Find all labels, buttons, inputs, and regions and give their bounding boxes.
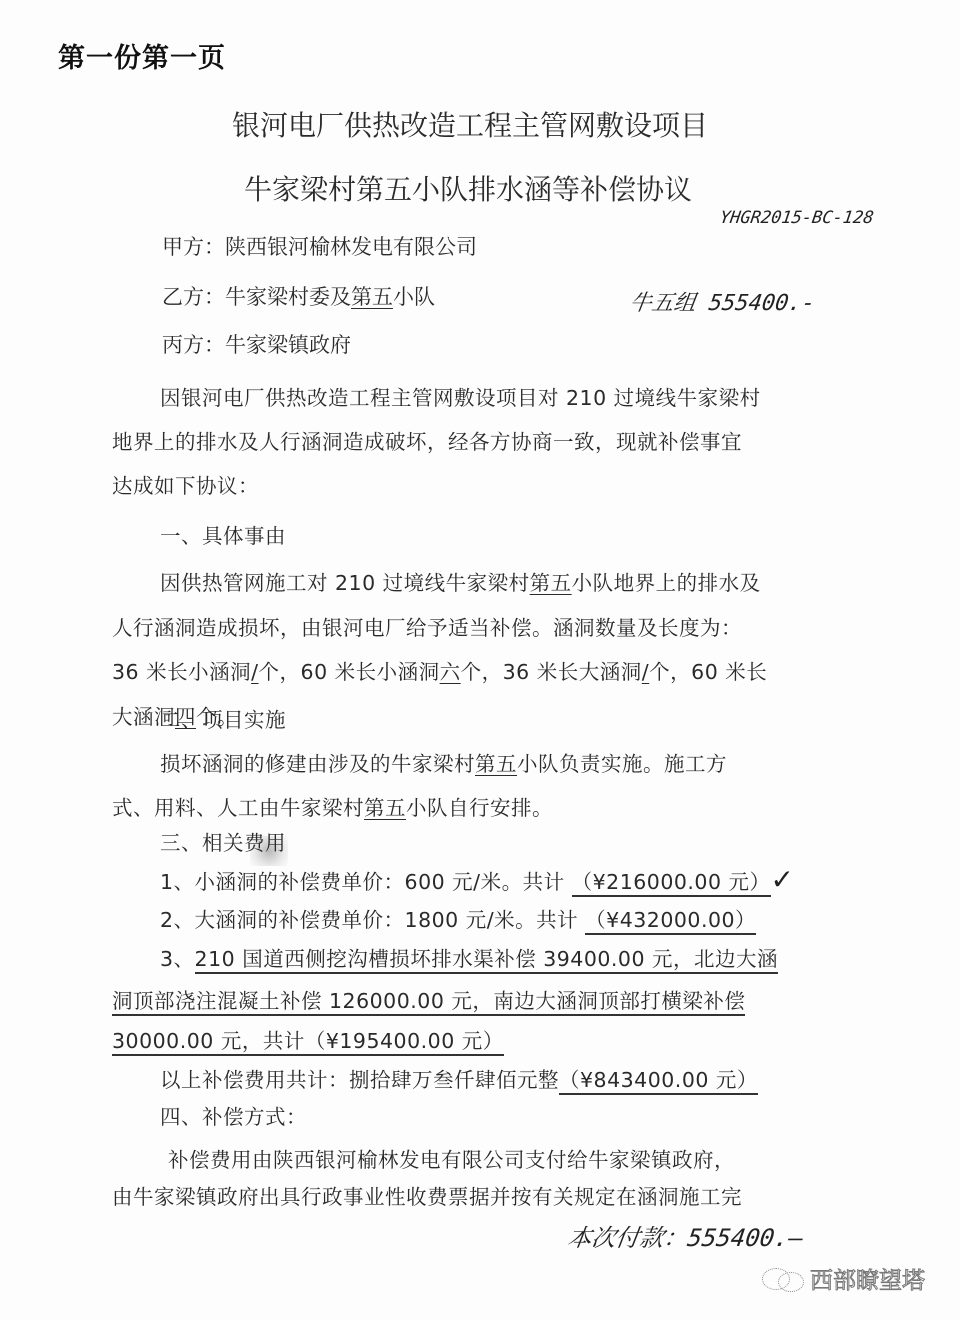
party-c-value: 牛家梁镇政府 xyxy=(225,333,351,357)
total-amount: （¥843400.00 元） xyxy=(559,1068,758,1095)
section2-line1: 损坏涵洞的修建由涉及的牛家梁村第五小队负责实施。施工方 xyxy=(160,747,727,777)
text: 1、小涵洞的补偿费单价：600 元/米。共计 xyxy=(160,870,572,894)
underlined-text: 210 国道西侧挖沟槽损坏排水渠补偿 39400.00 元，北边大涵 xyxy=(195,947,779,974)
preamble-line: 地界上的排水及人行涵洞造成破坏，经各方协商一致，现就补偿事宜 xyxy=(112,425,742,455)
party-c-label: 丙方： xyxy=(162,333,225,357)
wechat-icon xyxy=(760,1266,806,1292)
party-a: 甲方：陕西银河榆林发电有限公司 xyxy=(162,231,477,261)
party-a-label: 甲方： xyxy=(162,235,225,259)
section3-heading: 三、相关费用 xyxy=(160,826,286,856)
amount-small-culverts: （¥216000.00 元） xyxy=(572,870,771,897)
text: 以上补偿费用共计：捌拾肆万叁仟肆佰元整 xyxy=(160,1068,559,1092)
handwritten-amount-note: 牛五组 555400.- xyxy=(628,286,818,317)
handwritten-doc-number: YHGR2015-BC-128 xyxy=(719,208,875,228)
section2-line2: 式、用料、人工由牛家梁村第五小队自行安排。 xyxy=(112,791,553,821)
section3-total: 以上补偿费用共计：捌拾肆万叁仟肆佰元整（¥843400.00 元） xyxy=(160,1063,758,1093)
document-title-line2: 牛家梁村第五小队排水涵等补偿协议 xyxy=(244,168,692,208)
text: 小队地界上的排水及 xyxy=(572,571,761,595)
party-b-underlined: 第五 xyxy=(351,285,393,309)
party-b: 乙方：牛家梁村委及第五小队 xyxy=(162,281,435,311)
text: 3、 xyxy=(160,947,195,971)
party-b-label: 乙方： xyxy=(162,285,225,309)
section1-line1: 因供热管网施工对 210 过境线牛家梁村第五小队地界上的排水及 xyxy=(160,566,761,596)
party-a-value: 陕西银河榆林发电有限公司 xyxy=(225,235,477,259)
section1-line2: 人行涵洞造成损坏，由银河电厂给予适当补偿。涵洞数量及长度为： xyxy=(112,611,742,641)
text: 36 米长小涵洞 xyxy=(112,660,251,684)
section1-line3: 36 米长小涵洞/个，60 米长小涵洞六个，36 米长大涵洞/个，60 米长 xyxy=(112,655,767,685)
underlined-text: 洞顶部浇注混凝土补偿 126000.00 元，南边大涵洞顶部打横梁补偿 xyxy=(112,989,745,1016)
filled-blank: 六 xyxy=(440,660,461,684)
text: 因供热管网施工对 210 过境线牛家梁村 xyxy=(160,571,530,595)
preamble-line: 因银河电厂供热改造工程主管网敷设项目对 210 过境线牛家梁村 xyxy=(160,381,761,411)
checkmark-icon: ✓ xyxy=(771,863,795,896)
preamble-line: 达成如下协议： xyxy=(112,469,259,499)
text: 个，60 米长小涵洞 xyxy=(259,660,440,684)
text: 个，60 米长 xyxy=(649,660,767,684)
text: 个，36 米长大涵洞 xyxy=(461,660,642,684)
section3-item2: 2、大涵洞的补偿费单价：1800 元/米。共计 （¥432000.00） xyxy=(160,903,756,933)
handwritten-payment-note: 本次付款：555400.— xyxy=(566,1218,807,1253)
underlined-text: 第五 xyxy=(475,752,517,776)
party-b-prefix: 牛家梁村委及 xyxy=(225,285,351,309)
section3-item1: 1、小涵洞的补偿费单价：600 元/米。共计 （¥216000.00 元）✓ xyxy=(160,863,795,896)
section3-item3-line2: 洞顶部浇注混凝土补偿 126000.00 元，南边大涵洞顶部打横梁补偿 xyxy=(112,984,745,1014)
document-title-line1: 银河电厂供热改造工程主管网敷设项目 xyxy=(232,104,708,144)
section1-heading: 一、具体事由 xyxy=(160,519,286,549)
watermark-text: 西部瞭望塔 xyxy=(810,1262,925,1295)
text: 式、用料、人工由牛家梁村 xyxy=(112,796,364,820)
page-label: 第一份第一页 xyxy=(58,36,226,75)
underlined-text: 30000.00 元，共计（¥195400.00 元） xyxy=(112,1029,504,1056)
section3-item3-line1: 3、210 国道西侧挖沟槽损坏排水渠补偿 39400.00 元，北边大涵 xyxy=(160,942,778,972)
filled-blank: / xyxy=(251,660,258,684)
underlined-text: 第五 xyxy=(530,571,572,595)
section4-line2: 由牛家梁镇政府出具行政事业性收费票据并按有关规定在涵洞施工完 xyxy=(112,1180,742,1210)
watermark: 西部瞭望塔 xyxy=(760,1262,925,1295)
text: 小队负责实施。施工方 xyxy=(517,752,727,776)
section4-heading: 四、补偿方式： xyxy=(160,1100,307,1130)
section2-heading: 二、项目实施 xyxy=(160,703,286,733)
underlined-text: 第五 xyxy=(364,796,406,820)
text: 损坏涵洞的修建由涉及的牛家梁村 xyxy=(160,752,475,776)
party-b-suffix: 小队 xyxy=(393,285,435,309)
text: 2、大涵洞的补偿费单价：1800 元/米。共计 xyxy=(160,908,585,932)
section4-line1: 补偿费用由陕西银河榆林发电有限公司支付给牛家梁镇政府， xyxy=(168,1143,735,1173)
party-c: 丙方：牛家梁镇政府 xyxy=(162,329,351,359)
text: 小队自行安排。 xyxy=(406,796,553,820)
section3-item3-line3: 30000.00 元，共计（¥195400.00 元） xyxy=(112,1024,504,1054)
amount-large-culverts: （¥432000.00） xyxy=(585,908,756,935)
